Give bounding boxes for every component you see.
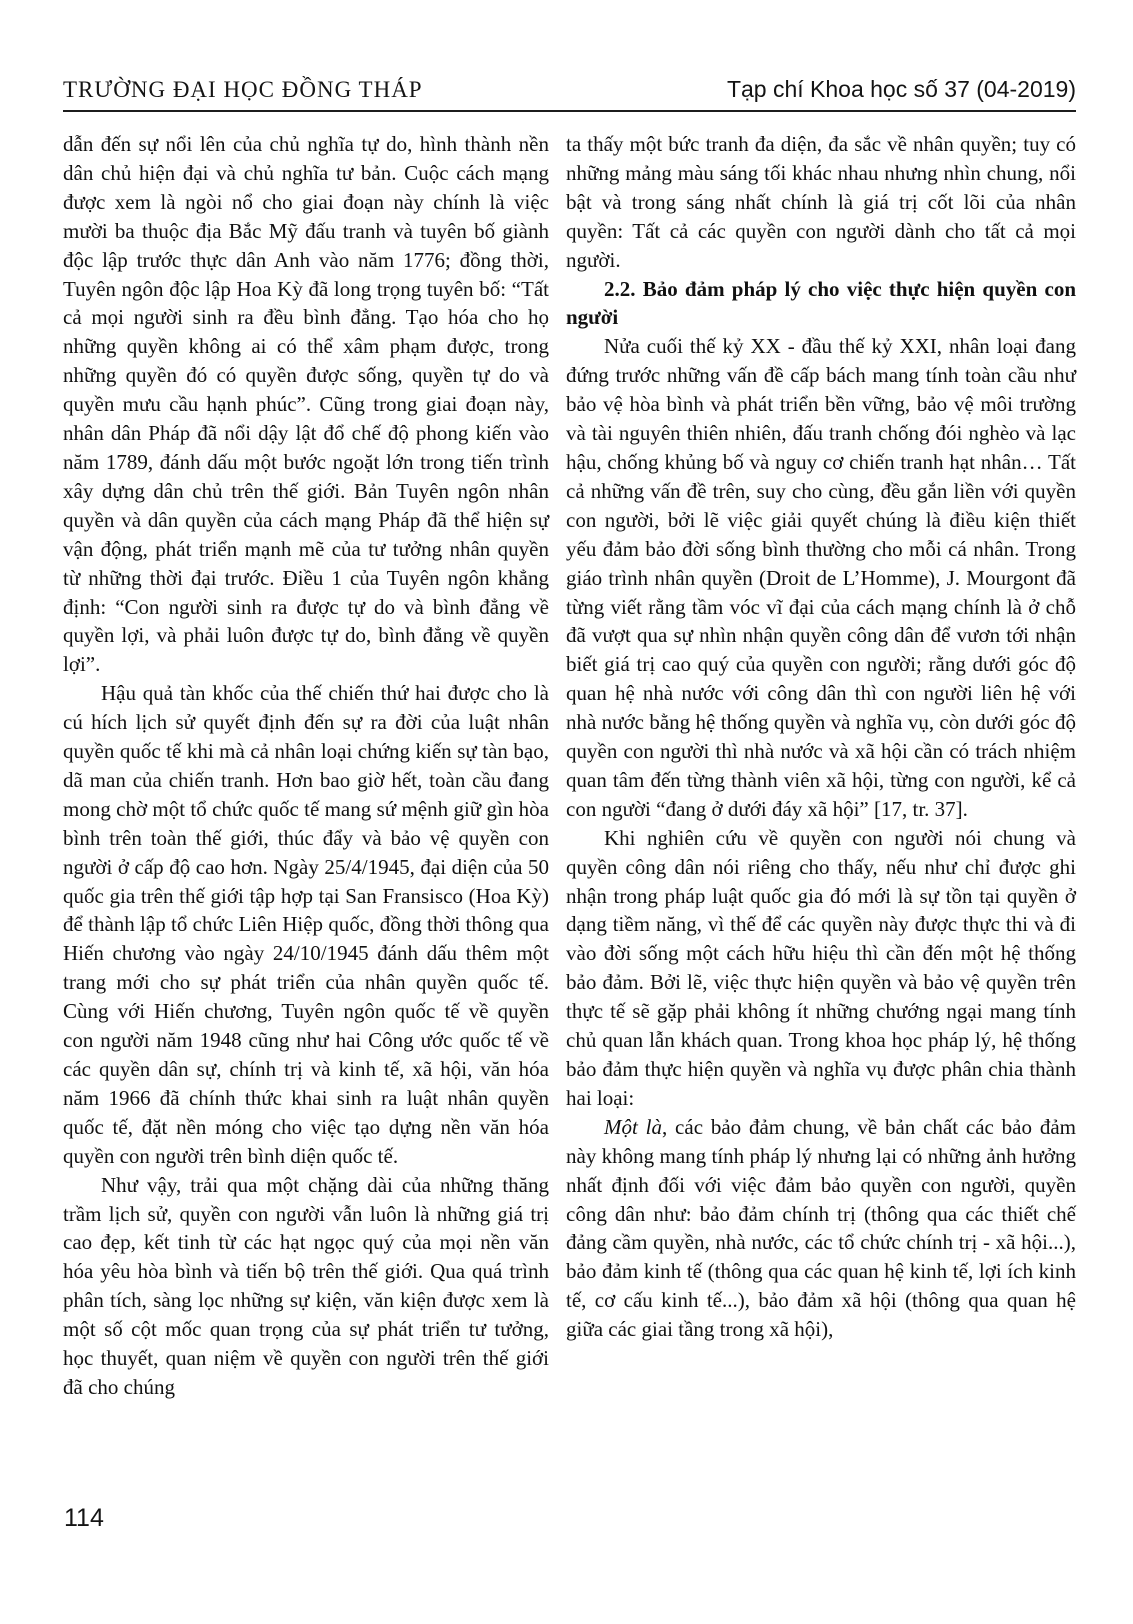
text-run: dẫn đến sự nổi lên của chủ nghĩa tự do, … [63, 132, 549, 676]
paragraph: Như vậy, trải qua một chặng dài của nhữn… [63, 1171, 549, 1402]
paragraph: Nửa cuối thế kỷ XX - đầu thế kỷ XXI, nhâ… [566, 332, 1076, 823]
text-run: Như vậy, trải qua một chặng dài của nhữn… [63, 1173, 549, 1399]
text-run: ta thấy một bức tranh đa diện, đa sắc về… [566, 132, 1076, 272]
header-journal-issue: Tạp chí Khoa học số 37 (04-2019) [727, 76, 1076, 103]
text-run: Một là [604, 1115, 662, 1139]
paragraph: Khi nghiên cứu về quyền con người nói ch… [566, 824, 1076, 1113]
paragraph: Một là, các bảo đảm chung, về bản chất c… [566, 1113, 1076, 1344]
text-run: Nửa cuối thế kỷ XX - đầu thế kỷ XXI, nhâ… [566, 334, 1076, 821]
page-number: 114 [64, 1504, 104, 1533]
header-divider [63, 110, 1076, 112]
section-heading: 2.2. Bảo đảm pháp lý cho việc thực hiện … [566, 275, 1076, 333]
page-header: TRƯỜNG ĐẠI HỌC ĐỒNG THÁP Tạp chí Khoa họ… [63, 76, 1076, 103]
column-right: ta thấy một bức tranh đa diện, đa sắc về… [566, 130, 1076, 1402]
header-institution: TRƯỜNG ĐẠI HỌC ĐỒNG THÁP [63, 77, 423, 103]
text-run: 2.2. Bảo đảm pháp lý cho việc thực hiện … [566, 277, 1076, 330]
paragraph: ta thấy một bức tranh đa diện, đa sắc về… [566, 130, 1076, 275]
text-run: Khi nghiên cứu về quyền con người nói ch… [566, 826, 1076, 1110]
paragraph: Hậu quả tàn khốc của thế chiến thứ hai đ… [63, 679, 549, 1170]
paragraph: dẫn đến sự nổi lên của chủ nghĩa tự do, … [63, 130, 549, 679]
text-run: , các bảo đảm chung, về bản chất các bảo… [566, 1115, 1076, 1341]
journal-page: TRƯỜNG ĐẠI HỌC ĐỒNG THÁP Tạp chí Khoa họ… [0, 0, 1133, 1624]
column-left: dẫn đến sự nổi lên của chủ nghĩa tự do, … [63, 130, 549, 1402]
article-body: dẫn đến sự nổi lên của chủ nghĩa tự do, … [63, 130, 1076, 1402]
text-run: Hậu quả tàn khốc của thế chiến thứ hai đ… [63, 681, 549, 1168]
